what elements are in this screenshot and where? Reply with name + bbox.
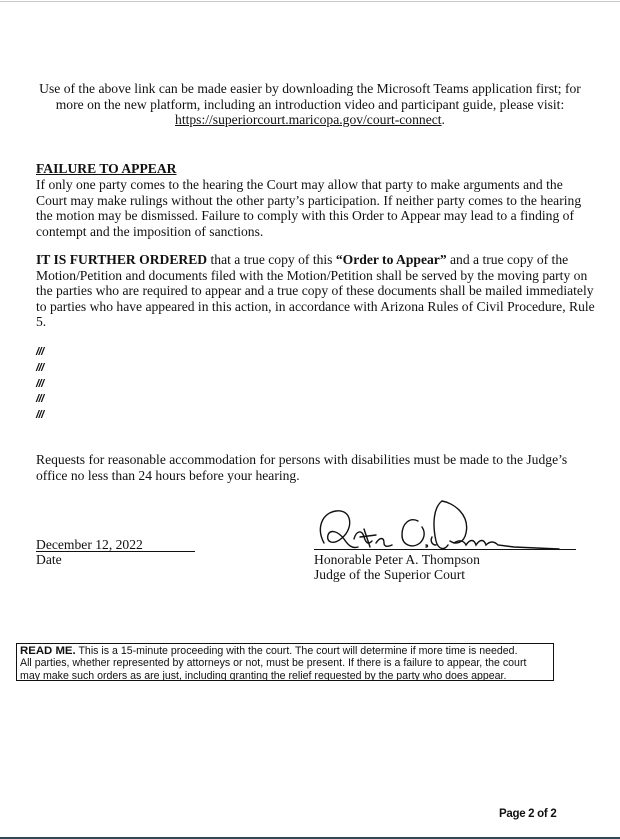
accommodation-notice: Requests for reasonable accommodation fo… xyxy=(36,452,596,483)
read-me-line-3: may make such orders as are just, includ… xyxy=(20,670,551,681)
top-border xyxy=(0,1,620,2)
read-me-text: This is a 15-minute proceeding with the … xyxy=(76,645,518,657)
read-me-box: READ ME. This is a 15-minute proceeding … xyxy=(16,643,554,681)
further-ordered-paragraph: IT IS FURTHER ORDERED that a true copy o… xyxy=(36,252,596,330)
page-number: Page 2 of 2 xyxy=(499,808,556,820)
further-ordered-lead: IT IS FURTHER ORDERED xyxy=(36,252,207,267)
signature-line xyxy=(314,549,576,550)
further-ordered-text: that a true copy of this xyxy=(207,252,336,267)
read-me-line-1: READ ME. This is a 15-minute proceeding … xyxy=(20,645,551,657)
failure-to-appear-body: If only one party comes to the hearing t… xyxy=(36,177,596,239)
court-connect-link[interactable]: https://superiorcourt.maricopa.gov/court… xyxy=(175,112,442,127)
intro-text: Use of the above link can be made easier… xyxy=(39,81,581,112)
teams-instructions: Use of the above link can be made easier… xyxy=(30,81,590,128)
slash-line: /// xyxy=(36,377,44,393)
judge-name: Honorable Peter A. Thompson xyxy=(314,552,480,568)
order-title: “Order to Appear” xyxy=(336,252,447,267)
slash-line: /// xyxy=(36,345,44,361)
slash-line: /// xyxy=(36,408,44,424)
date-label: Date xyxy=(36,552,62,568)
continuation-slashes: /// /// /// /// /// xyxy=(36,345,44,424)
read-me-label: READ ME. xyxy=(20,645,76,657)
read-me-line-2: All parties, whether represented by atto… xyxy=(20,657,551,669)
slash-line: /// xyxy=(36,361,44,377)
failure-to-appear-heading: FAILURE TO APPEAR xyxy=(36,161,177,177)
slash-line: /// xyxy=(36,392,44,408)
intro-period: . xyxy=(442,112,445,127)
judge-title: Judge of the Superior Court xyxy=(314,567,465,583)
